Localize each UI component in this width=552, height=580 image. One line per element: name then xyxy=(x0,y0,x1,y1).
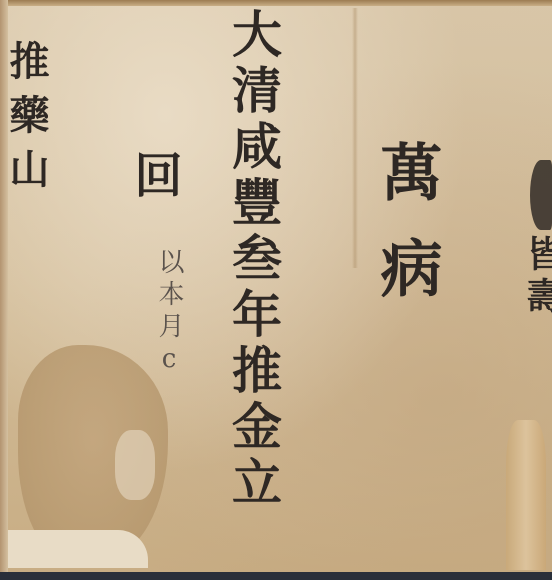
paper-edge-strip xyxy=(506,420,546,570)
left-inscription-column: 推藥山 xyxy=(6,40,46,202)
paper-fold-crease xyxy=(352,8,358,268)
paper-torn-corner xyxy=(8,530,148,568)
page-top-edge xyxy=(0,0,552,6)
right-edge-column: 皆壽 xyxy=(524,235,552,319)
paper-worn-spot xyxy=(115,430,155,500)
main-inscription-column: 大清咸豐叁年推金立 xyxy=(228,8,278,512)
manuscript-page: 大清咸豐叁年推金立 推藥山 回 以本月ⅽ 萬病 皆壽 xyxy=(0,0,552,572)
boxed-character: 回 xyxy=(130,150,178,198)
title-column: 萬病 xyxy=(375,140,437,332)
small-annotation: 以本月ⅽ xyxy=(156,248,182,380)
ink-blot xyxy=(530,160,552,230)
